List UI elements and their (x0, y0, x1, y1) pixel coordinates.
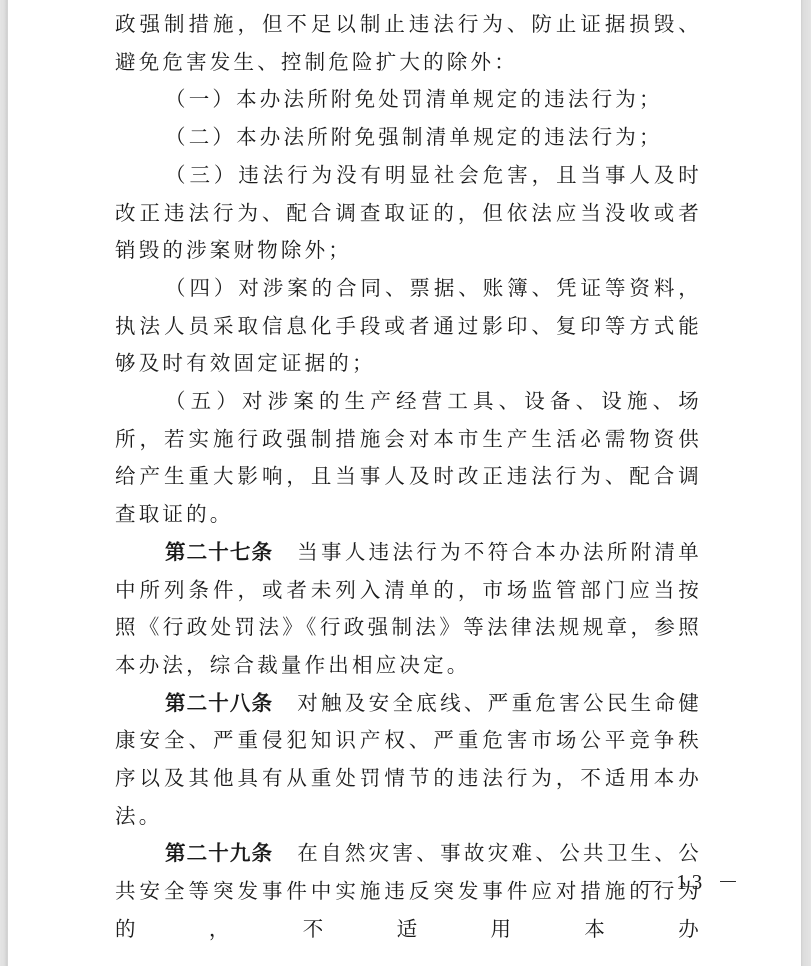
document-page: 政强制措施，但不足以制止违法行为、防止证据损毁、避免危害发生、控制危险扩大的除外… (8, 0, 801, 966)
article-28: 第二十八条对触及安全底线、严重危害公民生命健康安全、严重侵犯知识产权、严重危害市… (115, 685, 702, 836)
list-item-3: （三）违法行为没有明显社会危害，且当事人及时改正违法行为、配合调查取证的，但依法… (115, 157, 702, 270)
article-title: 第二十九条 (165, 841, 273, 865)
right-page-gutter (801, 0, 811, 966)
list-item-5: （五）对涉案的生产经营工具、设备、设施、场所，若实施行政强制措施会对本市生产生活… (115, 383, 702, 534)
list-item-4: （四）对涉案的合同、票据、账簿、凭证等资料，执法人员采取信息化手段或者通过影印、… (115, 270, 702, 383)
page-content: 政强制措施，但不足以制止违法行为、防止证据损毁、避免危害发生、控制危险扩大的除外… (115, 6, 702, 949)
list-item-1: （一）本办法所附免处罚清单规定的违法行为； (115, 81, 702, 119)
article-29: 第二十九条在自然灾害、事故灾难、公共卫生、公共安全等突发事件中实施违反突发事件应… (115, 835, 702, 948)
document-viewer: 政强制措施，但不足以制止违法行为、防止证据损毁、避免危害发生、控制危险扩大的除外… (0, 0, 811, 966)
list-item-2: （二）本办法所附免强制清单规定的违法行为； (115, 119, 702, 157)
page-number: － 13 － (640, 866, 744, 896)
article-title: 第二十八条 (165, 691, 273, 715)
article-title: 第二十七条 (165, 540, 273, 564)
left-page-gutter (0, 0, 8, 966)
article-27: 第二十七条当事人违法行为不符合本办法所附清单中所列条件，或者未列入清单的，市场监… (115, 534, 702, 685)
paragraph-continuation: 政强制措施，但不足以制止违法行为、防止证据损毁、避免危害发生、控制危险扩大的除外… (115, 6, 702, 81)
